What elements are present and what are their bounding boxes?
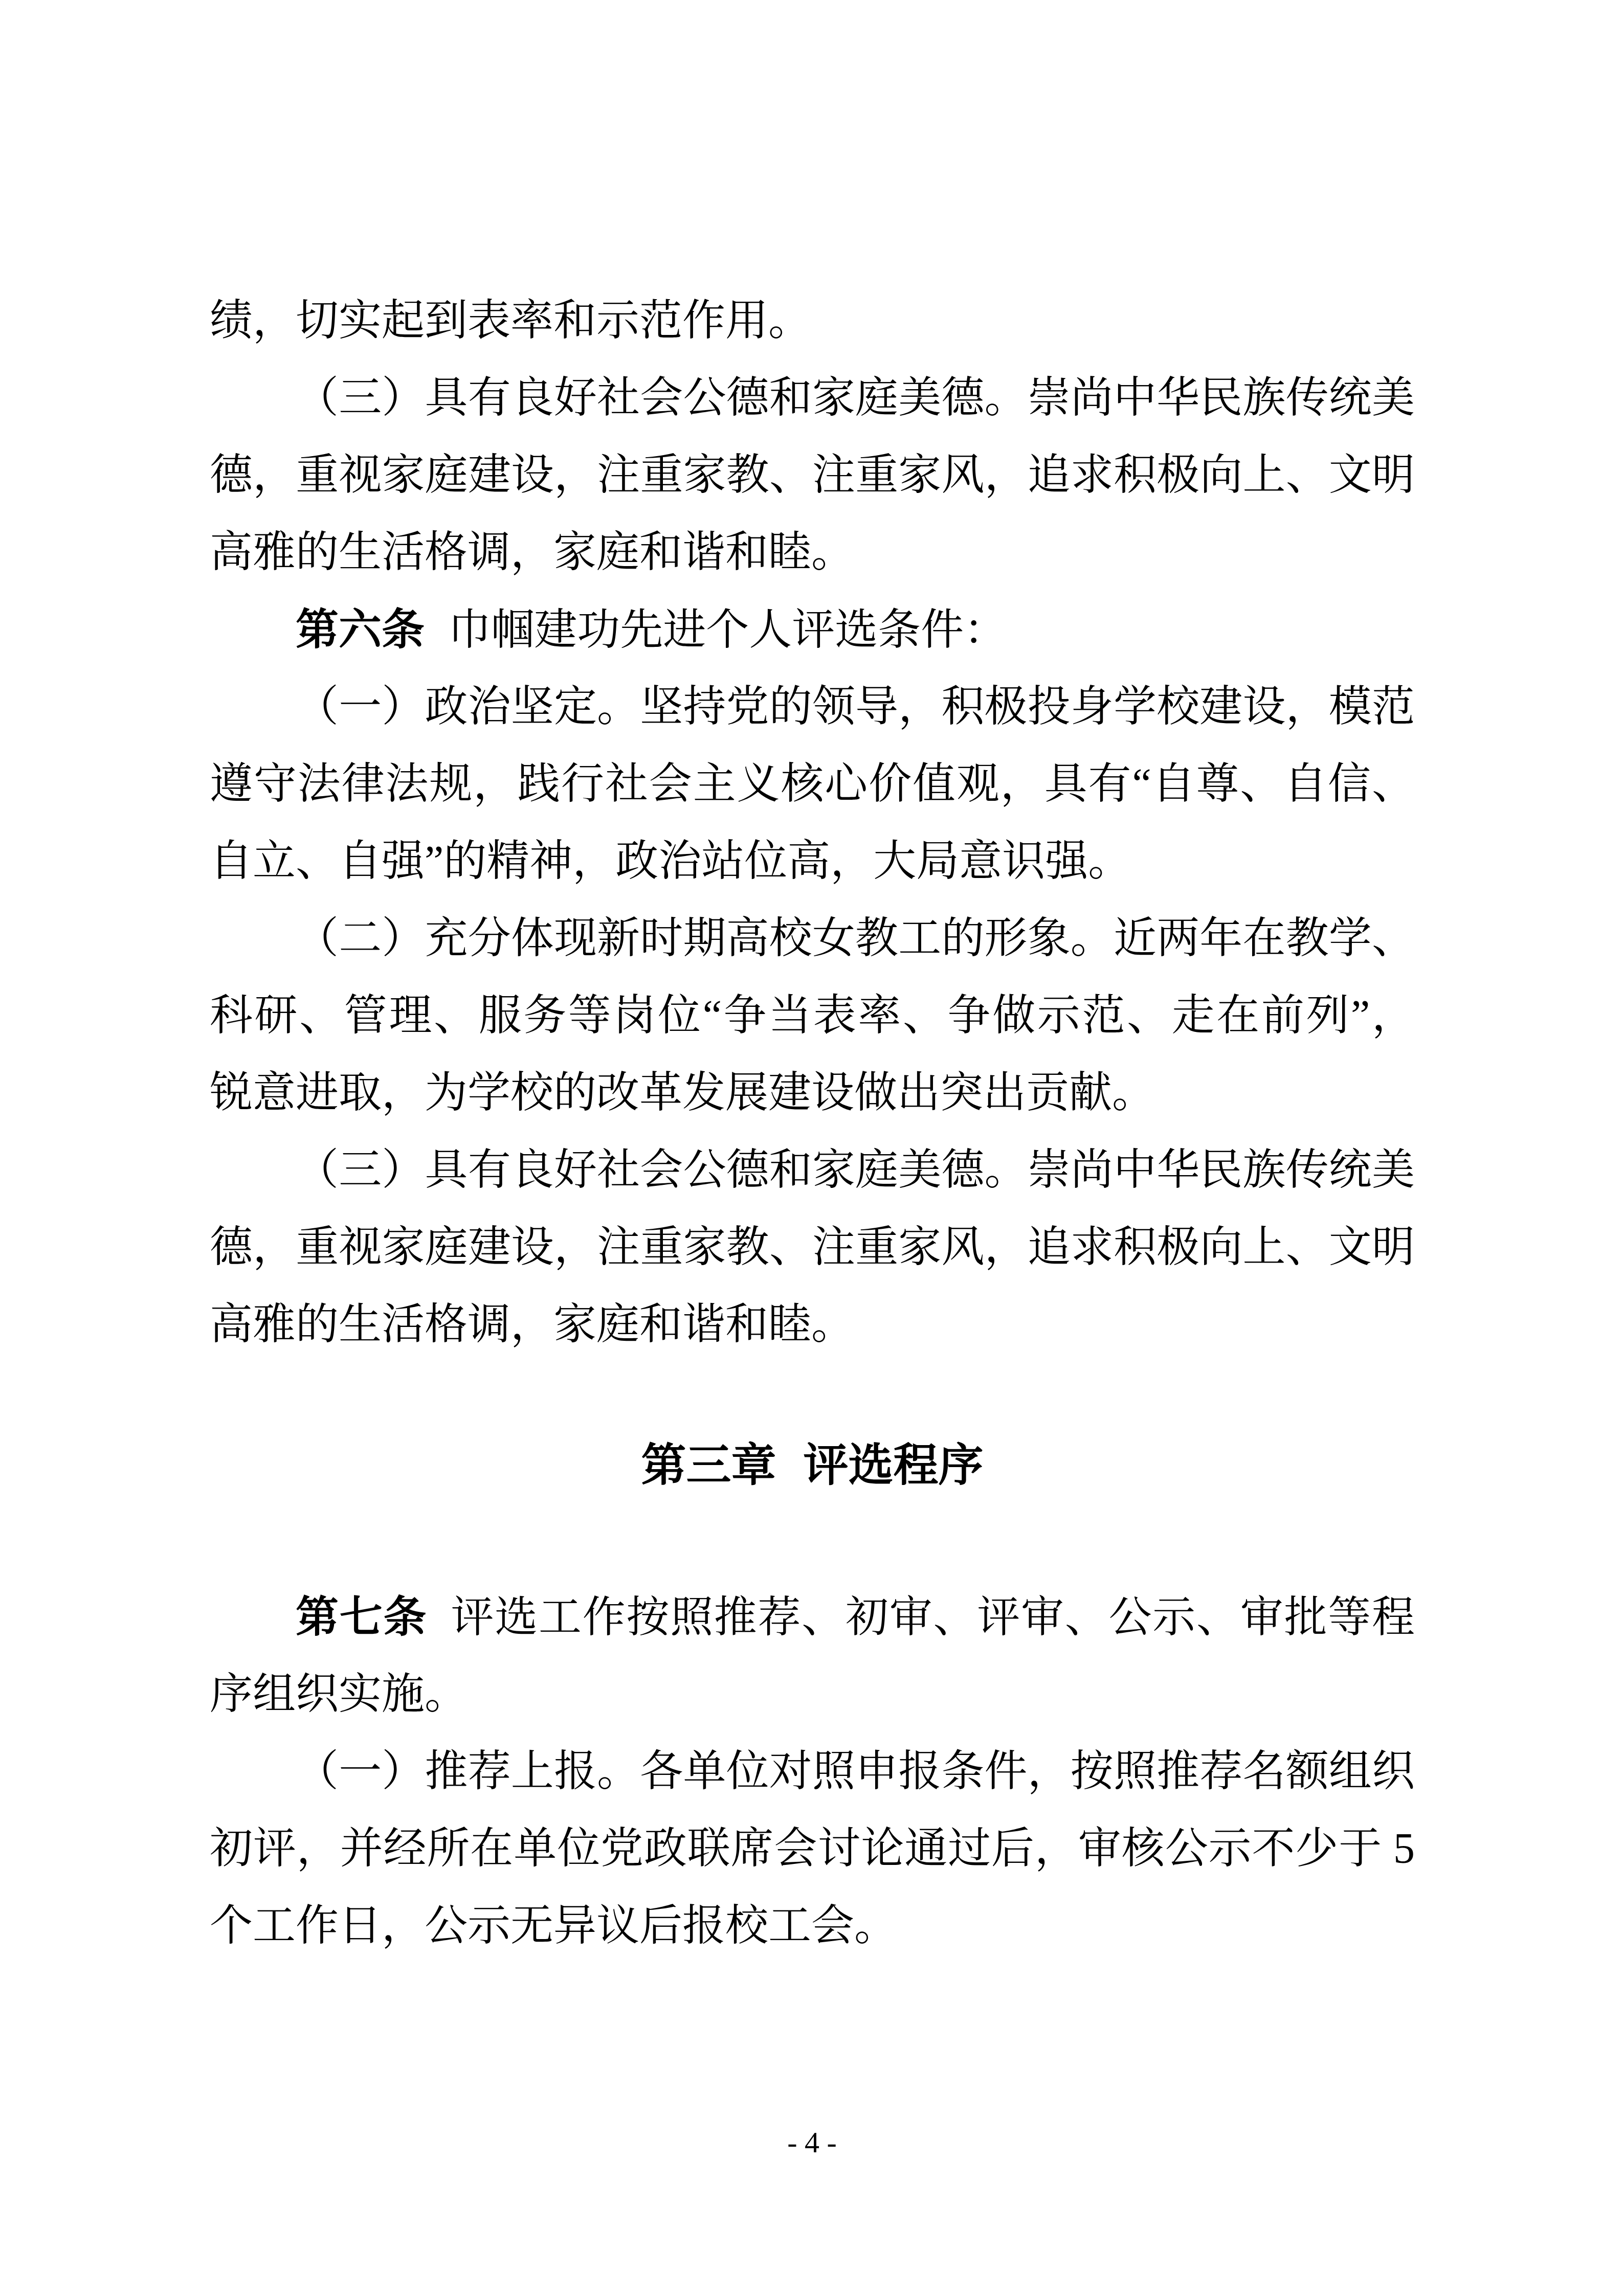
- paragraph-line: 高雅的生活格调，家庭和谐和睦。: [210, 513, 1415, 592]
- article-heading-line: 第七条评选工作按照推荐、初审、评审、公示、审批等程: [210, 1578, 1415, 1657]
- paragraph-line: 遵守法律法规，践行社会主义核心价值观，具有“自尊、自信、: [210, 745, 1415, 824]
- article-number: 第七条: [296, 1593, 427, 1641]
- paragraph-line: 德，重视家庭建设，注重家教、注重家风，追求积极向上、文明: [210, 1208, 1415, 1287]
- paragraph-line: 德，重视家庭建设，注重家教、注重家风，追求积极向上、文明: [210, 436, 1415, 515]
- article-number: 第六条: [296, 605, 425, 654]
- paragraph-line: 自立、自强”的精神，政治站位高，大局意识强。: [210, 822, 1415, 901]
- paragraph-line: （三）具有良好社会公德和家庭美德。崇尚中华民族传统美: [210, 1131, 1415, 1210]
- page-number: - 4 -: [0, 2122, 1624, 2163]
- paragraph-line: 绩，切实起到表率和示范作用。: [210, 281, 1415, 361]
- paragraph-line: 序组织实施。: [210, 1655, 1415, 1734]
- paragraph-line: 初评，并经所在单位党政联席会讨论通过后，审核公示不少于 5: [210, 1809, 1415, 1888]
- article-heading-text: 评选工作按照推荐、初审、评审、公示、审批等程: [451, 1594, 1415, 1641]
- paragraph-line: 科研、管理、服务等岗位“争当表率、争做示范、走在前列”，: [210, 976, 1415, 1055]
- chapter-number: 第三章: [641, 1439, 776, 1490]
- paragraph-line: 个工作日，公示无异议后报校工会。: [210, 1886, 1415, 1966]
- paragraph-line: （二）充分体现新时期高校女教工的形象。近两年在教学、: [210, 899, 1415, 978]
- article-heading-text: 巾帼建功先进个人评选条件：: [448, 606, 1007, 654]
- paragraph-line: （一）政治坚定。坚持党的领导，积极投身学校建设，模范: [210, 667, 1415, 747]
- chapter-title: 评选程序: [803, 1439, 983, 1490]
- chapter-heading: 第三章评选程序: [210, 1425, 1415, 1504]
- paragraph-line: 锐意进取，为学校的改革发展建设做出突出贡献。: [210, 1053, 1415, 1133]
- article-heading-line: 第六条巾帼建功先进个人评选条件：: [210, 590, 1415, 670]
- paragraph-line: （一）推荐上报。各单位对照申报条件，按照推荐名额组织: [210, 1732, 1415, 1811]
- paragraph-line: 高雅的生活格调，家庭和谐和睦。: [210, 1285, 1415, 1364]
- document-page: 绩，切实起到表率和示范作用。 （三）具有良好社会公德和家庭美德。崇尚中华民族传统…: [0, 0, 1624, 2296]
- paragraph-line: （三）具有良好社会公德和家庭美德。崇尚中华民族传统美: [210, 358, 1415, 438]
